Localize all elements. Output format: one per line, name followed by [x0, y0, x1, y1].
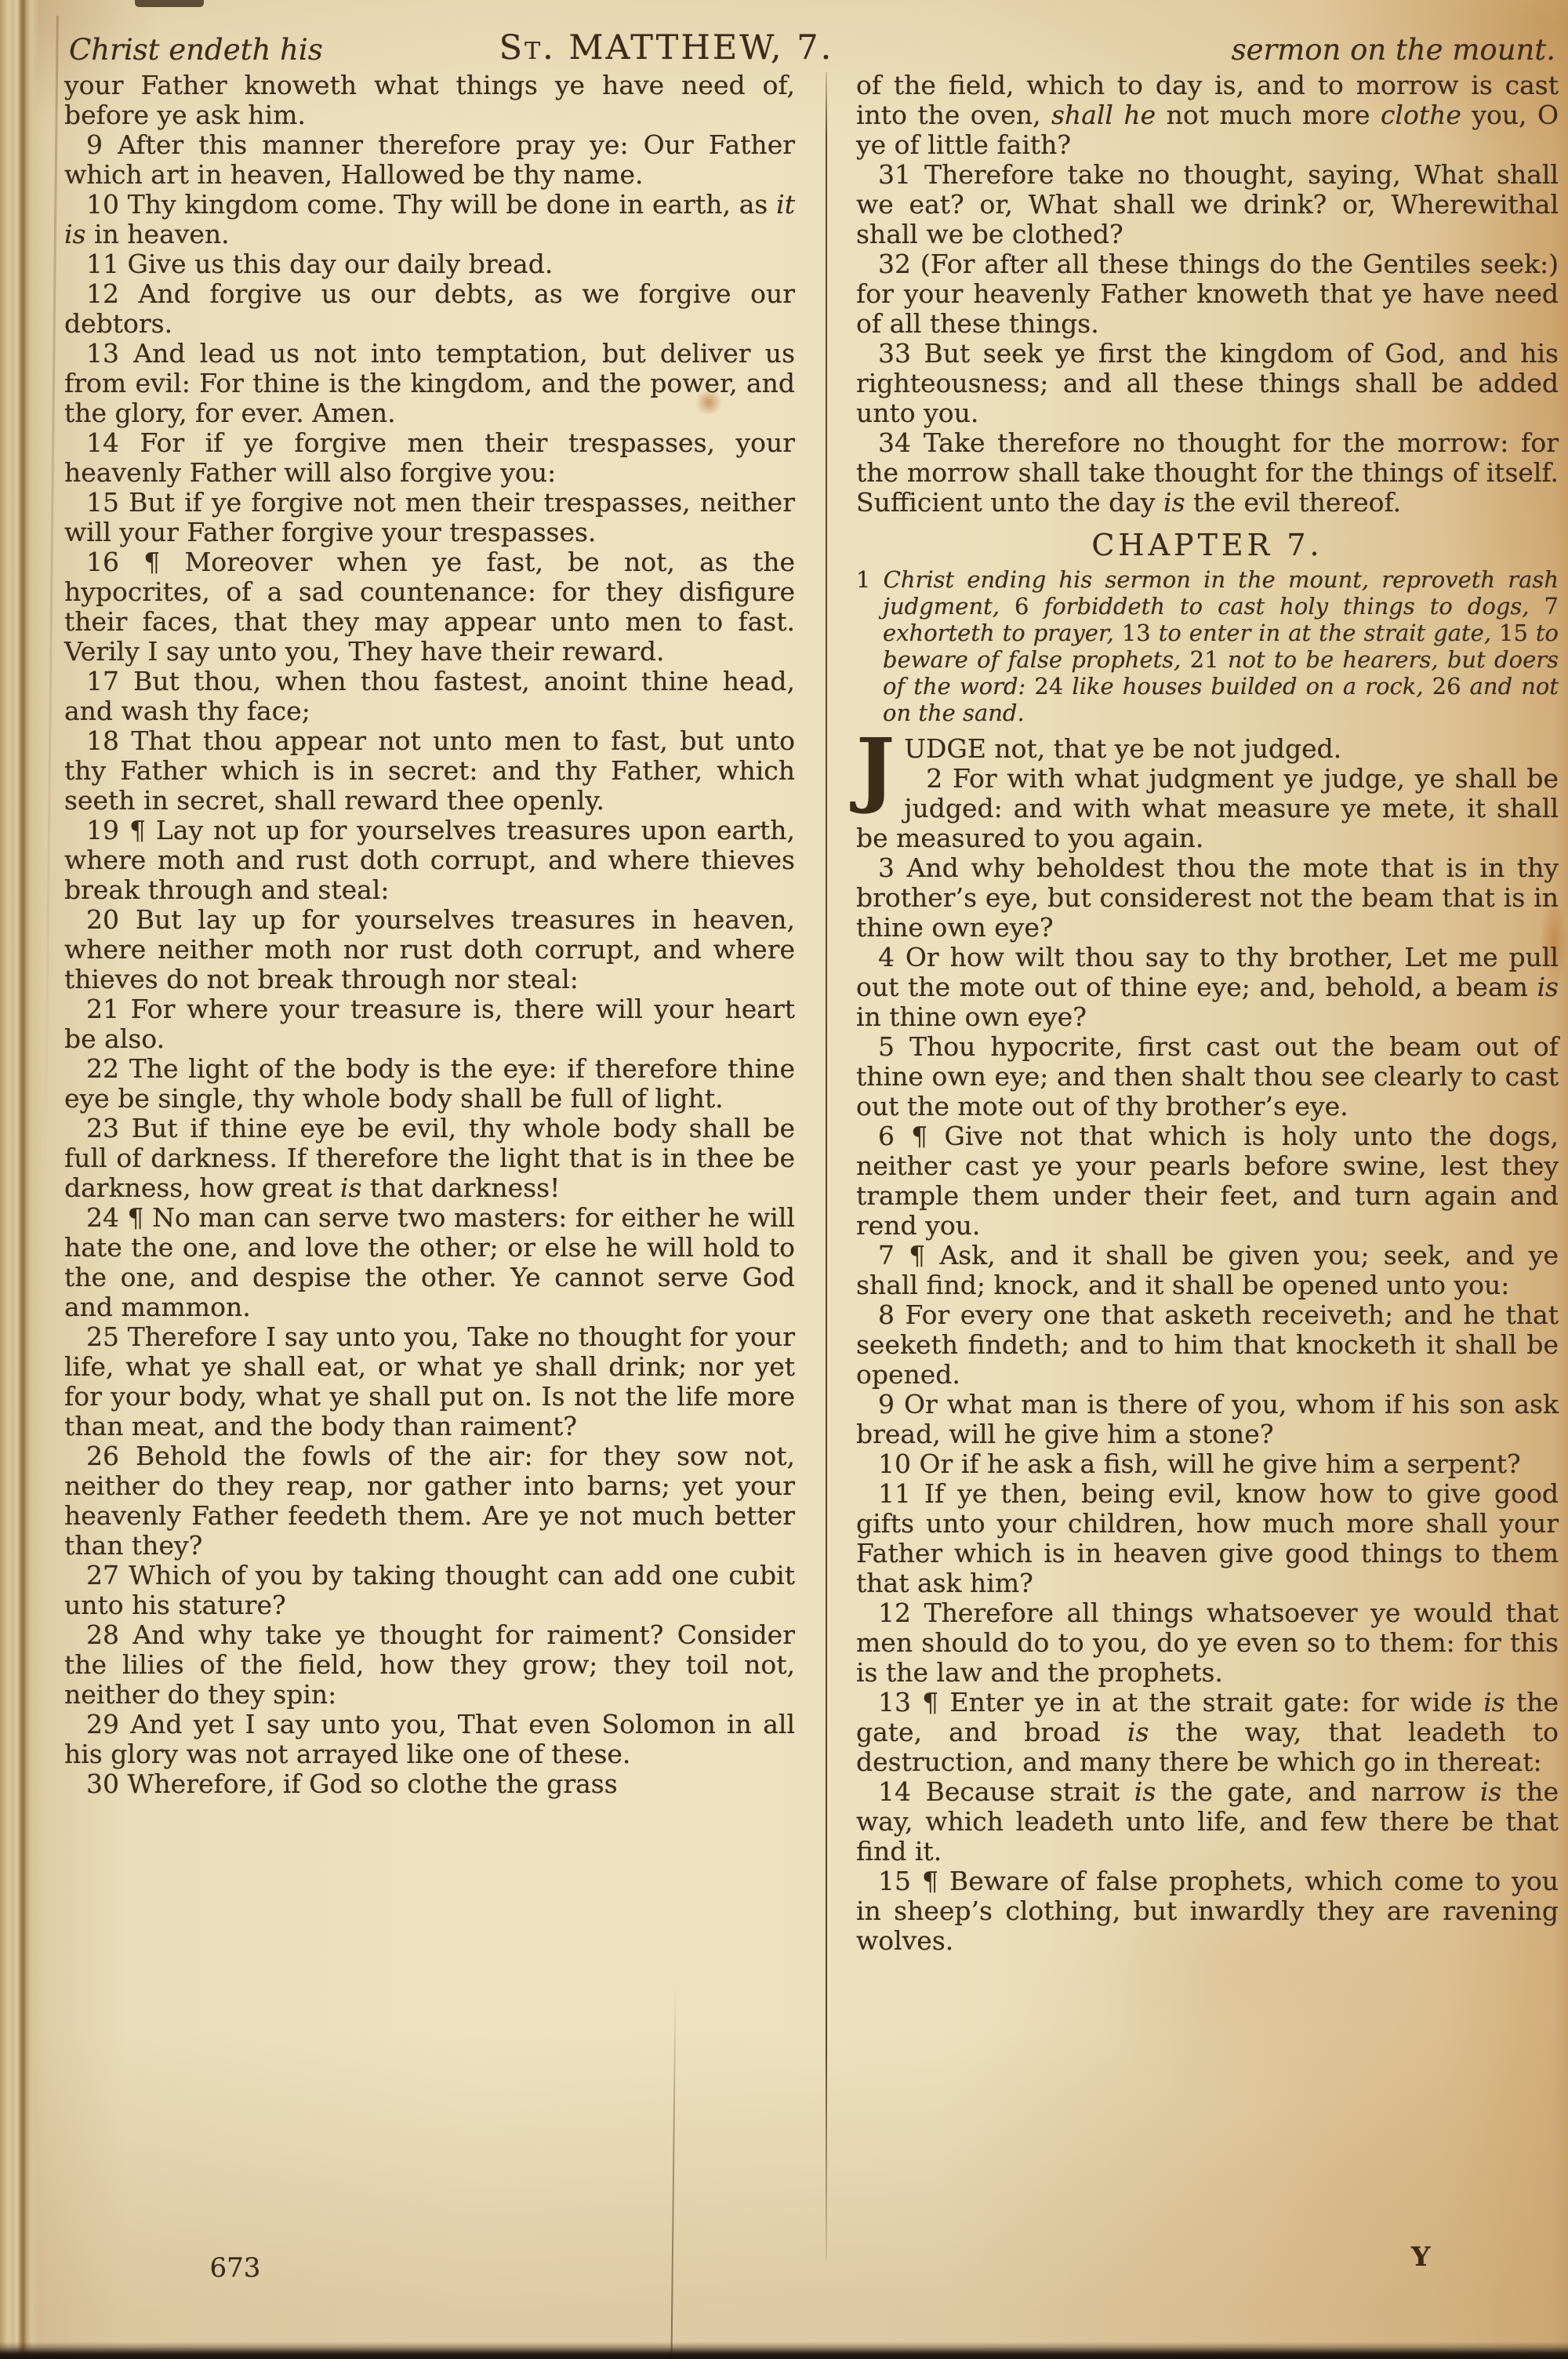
- verse-text: And yet I say unto you, That even Solomo…: [64, 1709, 795, 1769]
- verse-text: The light of the body is the eye: if the…: [64, 1053, 795, 1114]
- verse: 21 For where your treasure is, there wil…: [64, 994, 795, 1054]
- verse: 25 Therefore I say unto you, Take no tho…: [64, 1322, 795, 1441]
- chapter-heading: CHAPTER 7.: [856, 530, 1559, 560]
- verse-number: 26: [86, 1441, 119, 1471]
- verse-text: But lay up for yourselves treasures in h…: [64, 904, 795, 994]
- running-head-title: St. MATTHEW, 7.: [408, 28, 925, 67]
- verse-number: 13: [86, 338, 119, 369]
- verse-7-1: JUDGE not, that ye be not judged.: [856, 734, 1559, 764]
- verse-text: your Father knoweth what things ye have …: [64, 70, 795, 130]
- verse: 6 ¶ Give not that which is holy unto the…: [856, 1121, 1559, 1241]
- chapter6-end-verses: of the field, which to day is, and to mo…: [856, 71, 1559, 518]
- verse-number: 25: [86, 1321, 119, 1352]
- verse-text: But if thine eye be evil, thy whole body…: [64, 1113, 795, 1203]
- verse: 11 If ye then, being evil, know how to g…: [856, 1479, 1559, 1598]
- verse: 14 For if ye forgive men their trespasse…: [64, 428, 795, 488]
- verse: 29 And yet I say unto you, That even Sol…: [64, 1710, 795, 1769]
- verse: 7 ¶ Ask, and it shall be given you; seek…: [856, 1241, 1559, 1300]
- verse: 10 Thy kingdom come. Thy will be done in…: [64, 190, 795, 249]
- verse-text: Thy kingdom come. Thy will be done in ea…: [64, 189, 795, 249]
- verse-text: Or how wilt thou say to thy brother, Let…: [856, 942, 1559, 1032]
- verse: 23 But if thine eye be evil, thy whole b…: [64, 1114, 795, 1203]
- right-column: of the field, which to day is, and to mo…: [856, 71, 1559, 1956]
- verse-text: That thou appear not unto men to fast, b…: [64, 725, 795, 816]
- verse-text: (For after all these things do the Genti…: [856, 249, 1559, 339]
- verse-text: Lay not up for yourselves treasures upon…: [64, 815, 795, 905]
- page-edge-left: [0, 0, 39, 2359]
- verse-text: But thou, when thou fastest, anoint thin…: [64, 666, 795, 726]
- verse-text: Or if he ask a fish, will he give him a …: [920, 1448, 1521, 1479]
- verse: 17 But thou, when thou fastest, anoint t…: [64, 667, 795, 726]
- left-column: your Father knoweth what things ye have …: [64, 71, 795, 1799]
- verse-text: Which of you by taking thought can add o…: [64, 1560, 795, 1620]
- verse-text: Behold the fowls of the air: for they so…: [64, 1441, 795, 1561]
- drop-cap-letter: J: [856, 734, 904, 800]
- verse: 2 For with what judgment ye judge, ye sh…: [856, 764, 1559, 853]
- verse-number: 4: [878, 942, 895, 972]
- verse-number: 15: [86, 487, 119, 518]
- verse-number: 13: [878, 1687, 911, 1717]
- verse-text: Wherefore, if God so clothe the grass: [128, 1768, 618, 1799]
- verse: 30 Wherefore, if God so clothe the grass: [64, 1769, 795, 1799]
- chapter-summary: 1 Christ ending his sermon in the mount,…: [856, 566, 1559, 726]
- verse: your Father knoweth what things ye have …: [64, 71, 795, 130]
- verse: 13 And lead us not into temptation, but …: [64, 339, 795, 428]
- verse-number: 16: [86, 547, 119, 577]
- verse: 12 And forgive us our debts, as we forgi…: [64, 279, 795, 339]
- verse-text: Ask, and it shall be given you; seek, an…: [856, 1240, 1559, 1300]
- verse-text: For every one that asketh receiveth; and…: [856, 1299, 1559, 1390]
- verse-number: 9: [878, 1389, 895, 1419]
- verse-number: 34: [878, 427, 911, 458]
- pilcrow-mark: ¶: [909, 1240, 925, 1270]
- verse-number: 27: [86, 1560, 119, 1590]
- verse-number: 23: [86, 1113, 119, 1143]
- verse-number: 33: [878, 338, 911, 369]
- pilcrow-mark: ¶: [129, 815, 146, 845]
- verse: 28 And why take ye thought for raiment? …: [64, 1620, 795, 1710]
- verse-number: 6: [878, 1121, 895, 1151]
- verse: 18 That thou appear not unto men to fast…: [64, 726, 795, 816]
- verse-number: 31: [878, 159, 911, 190]
- verse-number: 18: [86, 725, 119, 756]
- verse: 16 ¶ Moreover when ye fast, be not, as t…: [64, 547, 795, 667]
- verse: 5 Thou hypocrite, first cast out the bea…: [856, 1032, 1559, 1121]
- verse: 13 ¶ Enter ye in at the strait gate: for…: [856, 1688, 1559, 1777]
- verse: 19 ¶ Lay not up for yourselves treasures…: [64, 816, 795, 905]
- verse: 8 For every one that asketh receiveth; a…: [856, 1300, 1559, 1390]
- verse-number: 32: [878, 249, 911, 279]
- page-number: 673: [118, 2252, 353, 2284]
- verse-text: Or what man is there of you, whom if his…: [856, 1389, 1559, 1449]
- verse-text: For where your treasure is, there will y…: [64, 994, 795, 1054]
- verse: 33 But seek ye first the kingdom of God,…: [856, 339, 1559, 428]
- pilcrow-mark: ¶: [128, 1202, 144, 1233]
- verse-text: Give us this day our daily bread.: [128, 249, 554, 279]
- verse-text: Therefore I say unto you, Take no though…: [64, 1321, 795, 1441]
- page-fold-crease: [44, 16, 59, 1192]
- verse-text: Therefore take no thought, saying, What …: [856, 159, 1559, 249]
- verse: of the field, which to day is, and to mo…: [856, 71, 1559, 160]
- crease-mark: [670, 1984, 676, 2359]
- verse: 11 Give us this day our daily bread.: [64, 249, 795, 279]
- verse: 4 Or how wilt thou say to thy brother, L…: [856, 943, 1559, 1032]
- left-column-verses: your Father knoweth what things ye have …: [64, 71, 795, 1799]
- verse-text: For if ye forgive men their trespasses, …: [64, 427, 795, 488]
- verse-text: Enter ye in at the strait gate: for wide…: [856, 1687, 1559, 1777]
- bible-page: Christ endeth his St. MATTHEW, 7. sermon…: [0, 0, 1568, 2359]
- verse-number: 10: [878, 1448, 911, 1479]
- verse-number: 8: [878, 1299, 895, 1330]
- verse-number: 3: [878, 852, 895, 883]
- verse-text: And lead us not into temptation, but del…: [64, 338, 795, 428]
- verse-text: of the field, which to day is, and to mo…: [856, 70, 1559, 160]
- verse-number: 19: [86, 815, 119, 845]
- verse: 9 After this manner therefore pray ye: O…: [64, 130, 795, 190]
- verse: 3 And why beholdest thou the mote that i…: [856, 853, 1559, 943]
- verse-number: 20: [86, 904, 119, 935]
- verse-text: UDGE not, that ye be not judged.: [904, 733, 1341, 764]
- verse-number: 29: [86, 1709, 119, 1739]
- verse-number: 15: [878, 1866, 911, 1896]
- verse: 12 Therefore all things whatsoever ye wo…: [856, 1598, 1559, 1688]
- verse-text: If ye then, being evil, know how to give…: [856, 1478, 1559, 1598]
- verse-number: 17: [86, 666, 119, 696]
- verse-text: Therefore all things whatsoever ye would…: [856, 1598, 1559, 1688]
- verse-text: Because strait is the gate, and narrow i…: [856, 1776, 1559, 1866]
- verse-number: 5: [878, 1031, 895, 1062]
- verse-number: 14: [878, 1776, 911, 1807]
- verse-text: For with what judgment ye judge, ye shal…: [856, 763, 1559, 853]
- verse-number: 30: [86, 1768, 119, 1799]
- verse-number: 9: [86, 129, 103, 160]
- verse-number: 12: [86, 278, 119, 309]
- verse-number: 21: [86, 994, 119, 1024]
- verse-text: Thou hypocrite, first cast out the beam …: [856, 1031, 1559, 1121]
- verse-number: 28: [86, 1619, 119, 1650]
- verse-text: But if ye forgive not men their trespass…: [64, 487, 795, 547]
- verse: 26 Behold the fowls of the air: for they…: [64, 1441, 795, 1561]
- verse-text: Moreover when ye fast, be not, as the hy…: [64, 547, 795, 667]
- verse: 20 But lay up for yourselves treasures i…: [64, 905, 795, 994]
- spine-notch: [135, 0, 204, 7]
- verse: 32 (For after all these things do the Ge…: [856, 249, 1559, 339]
- verse-number: 11: [86, 249, 119, 279]
- verse-number: 2: [926, 763, 942, 794]
- verse-text: Give not that which is holy unto the dog…: [856, 1121, 1559, 1241]
- verse-number: 12: [878, 1598, 911, 1628]
- column-divider-rule: [826, 72, 827, 2260]
- chapter7-verses: 2 For with what judgment ye judge, ye sh…: [856, 764, 1559, 1956]
- pilcrow-mark: ¶: [143, 547, 160, 577]
- verse: 31 Therefore take no thought, saying, Wh…: [856, 160, 1559, 249]
- verse-text: No man can serve two masters: for either…: [64, 1202, 795, 1322]
- bottom-page-edge: [0, 2342, 1568, 2359]
- verse: 14 Because strait is the gate, and narro…: [856, 1777, 1559, 1866]
- verse-number: 11: [878, 1478, 911, 1509]
- verse-number: 14: [86, 427, 119, 458]
- verse-text: But seek ye first the kingdom of God, an…: [856, 338, 1559, 428]
- verse-number: 10: [86, 189, 119, 220]
- verse: 15 ¶ Beware of false prophets, which com…: [856, 1866, 1559, 1956]
- verse: 27 Which of you by taking thought can ad…: [64, 1561, 795, 1620]
- verse-text: After this manner therefore pray ye: Our…: [64, 129, 795, 190]
- verse-text: And why take ye thought for raiment? Con…: [64, 1619, 795, 1710]
- verse-text: And why beholdest thou the mote that is …: [856, 852, 1559, 943]
- pilcrow-mark: ¶: [922, 1866, 938, 1896]
- verse-text: Beware of false prophets, which come to …: [856, 1866, 1559, 1956]
- verse: 34 Take therefore no thought for the mor…: [856, 428, 1559, 518]
- verse-number: 22: [86, 1053, 119, 1084]
- verse: 9 Or what man is there of you, whom if h…: [856, 1390, 1559, 1449]
- verse: 10 Or if he ask a fish, will he give him…: [856, 1449, 1559, 1479]
- signature-mark: Y: [1411, 2241, 1430, 2273]
- running-head-left: Christ endeth his: [69, 33, 323, 67]
- verse-text: And forgive us our debts, as we forgive …: [64, 278, 795, 339]
- verse: 24 ¶ No man can serve two masters: for e…: [64, 1203, 795, 1322]
- verse: 22 The light of the body is the eye: if …: [64, 1054, 795, 1114]
- verse-number: 24: [86, 1202, 119, 1233]
- pilcrow-mark: ¶: [911, 1121, 927, 1151]
- running-head-right: sermon on the mount.: [1232, 33, 1555, 67]
- verse-text: Take therefore no thought for the morrow…: [856, 427, 1559, 518]
- verse: 15 But if ye forgive not men their tresp…: [64, 488, 795, 547]
- verse-number: 7: [878, 1240, 895, 1270]
- pilcrow-mark: ¶: [922, 1687, 938, 1717]
